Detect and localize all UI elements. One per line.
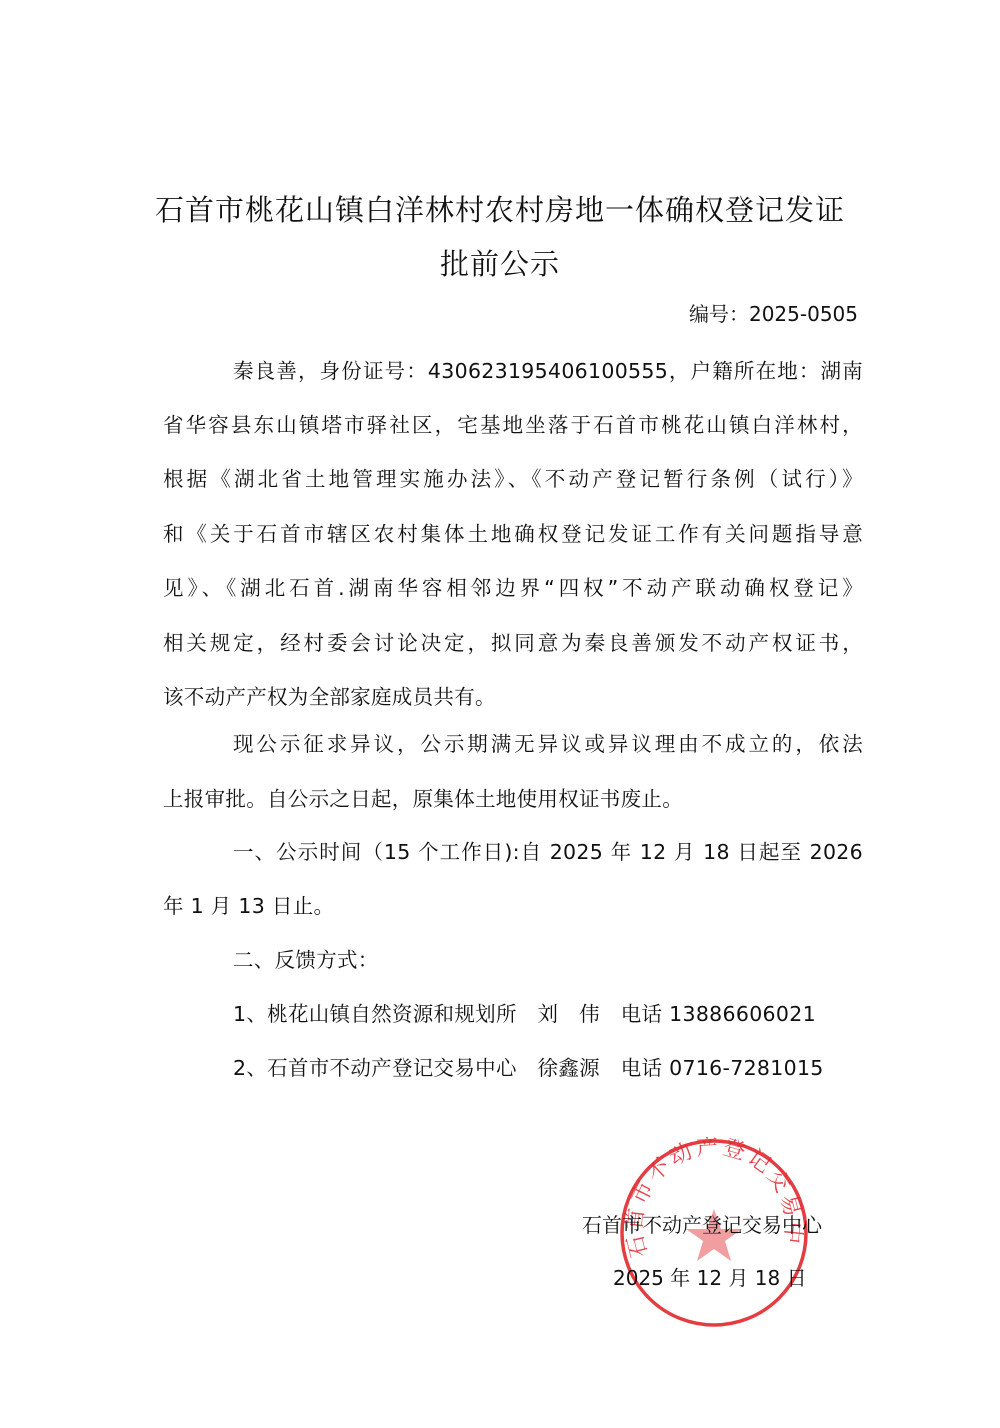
paragraph-1-line: 根据《湖北省土地管理实施办法》、《不动产登记暂行条例（试行）》 [163, 462, 863, 492]
document-page: 石首市桃花山镇白洋林村农村房地一体确权登记发证 批前公示 编号：2025-050… [0, 0, 1000, 1428]
publicity-period-line: 一、公示时间（15 个工作日):自 2025 年 12 月 18 日起至 202… [233, 835, 863, 865]
paragraph-1-line: 秦良善，身份证号：430623195406100555，户籍所在地：湖南 [233, 354, 863, 384]
feedback-heading: 二、反馈方式： [233, 943, 379, 973]
paragraph-1-line: 和《关于石首市辖区农村集体土地确权登记发证工作有关问题指导意 [163, 517, 863, 547]
paragraph-1-line: 见》、《湖北石首.湖南华容相邻边界“四权”不动产联动确权登记》 [163, 571, 863, 601]
title-line-1: 石首市桃花山镇白洋林村农村房地一体确权登记发证 [0, 188, 1000, 229]
paragraph-1-line: 该不动产产权为全部家庭成员共有。 [163, 680, 496, 710]
contact-2: 2、石首市不动产登记交易中心 徐鑫源 电话 0716-7281015 [233, 1051, 824, 1081]
paragraph-2-line: 上报审批。自公示之日起，原集体土地使用权证书废止。 [163, 782, 683, 812]
title-line-2: 批前公示 [0, 242, 1000, 283]
signature-date: 2025 年 12 月 18 日 [613, 1262, 807, 1291]
signature-organization: 石首市不动产登记交易中心 [582, 1209, 822, 1238]
paragraph-1-line: 省华容县东山镇塔市驿社区，宅基地坐落于石首市桃花山镇白洋林村， [163, 408, 863, 438]
paragraph-1-line: 相关规定，经村委会讨论决定，拟同意为秦良善颁发不动产权证书， [163, 626, 863, 656]
document-number: 编号：2025-0505 [689, 298, 858, 327]
contact-1: 1、桃花山镇自然资源和规划所 刘 伟 电话 13886606021 [233, 997, 816, 1027]
paragraph-2-line: 现公示征求异议，公示期满无异议或异议理由不成立的，依法 [233, 727, 863, 757]
publicity-period-line: 年 1 月 13 日止。 [163, 889, 334, 919]
